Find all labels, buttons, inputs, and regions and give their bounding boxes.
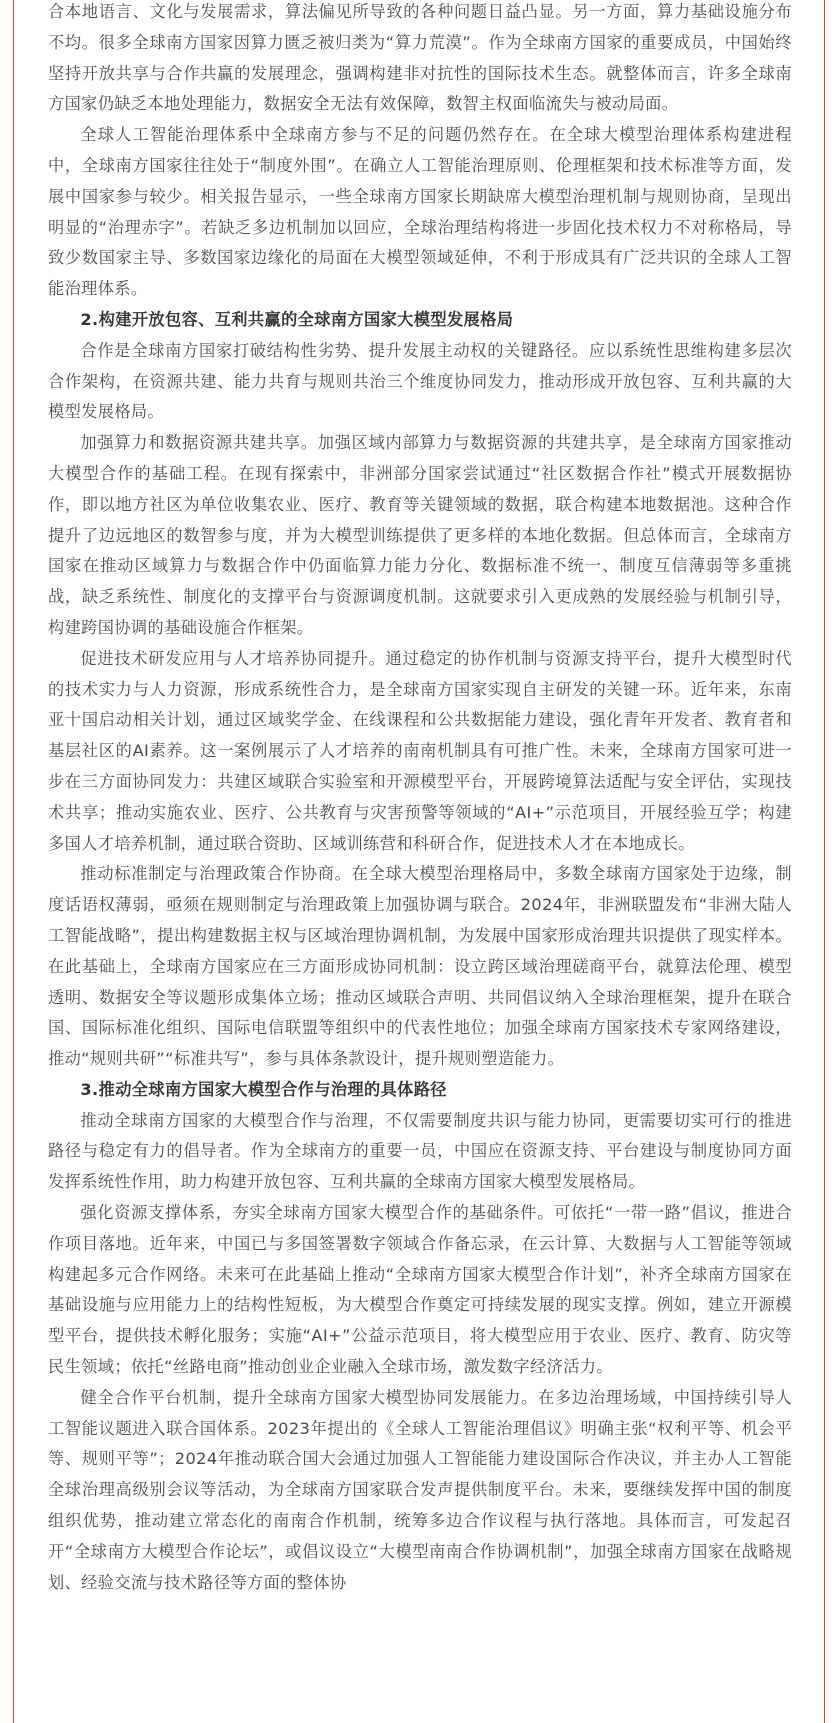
paragraph-tech-talent: 促进技术研发应用与人才培养协同提升。通过稳定的协作机制与资源支持平台，提升大模型… <box>48 644 792 860</box>
section-heading-2: 2.构建开放包容、互利共赢的全球南方国家大模型发展格局 <box>48 305 792 336</box>
paragraph-standards-policy: 推动标准制定与治理政策合作协商。在全球大模型治理格局中，多数全球南方国家处于边缘… <box>48 859 792 1075</box>
paragraph-platform-mechanism: 健全合作平台机制，提升全球南方国家大模型协同发展能力。在多边治理场域，中国持续引… <box>48 1383 792 1599</box>
paragraph-compute-data-sharing: 加强算力和数据资源共建共享。加强区域内部算力与数据资源的共建共享，是全球南方国家… <box>48 428 792 644</box>
paragraph-resource-support: 强化资源支撑体系，夯实全球南方国家大模型合作的基础条件。可依托“一带一路”倡议，… <box>48 1198 792 1383</box>
section-heading-3: 3.推动全球南方国家大模型合作与治理的具体路径 <box>48 1075 792 1106</box>
paragraph-specific-path-intro: 推动全球南方国家的大模型合作与治理，不仅需要制度共识与能力协同，更需要切实可行的… <box>48 1106 792 1198</box>
paragraph-governance-participation: 全球人工智能治理体系中全球南方参与不足的问题仍然存在。在全球大模型治理体系构建进… <box>48 120 792 305</box>
article-body: 合本地语言、文化与发展需求，算法偏见所导致的各种问题日益凸显。另一方面，算力基础… <box>48 0 792 1598</box>
paragraph-continued: 合本地语言、文化与发展需求，算法偏见所导致的各种问题日益凸显。另一方面，算力基础… <box>48 0 792 120</box>
paragraph-cooperation-path: 合作是全球南方国家打破结构性劣势、提升发展主动权的关键路径。应以系统性思维构建多… <box>48 336 792 428</box>
